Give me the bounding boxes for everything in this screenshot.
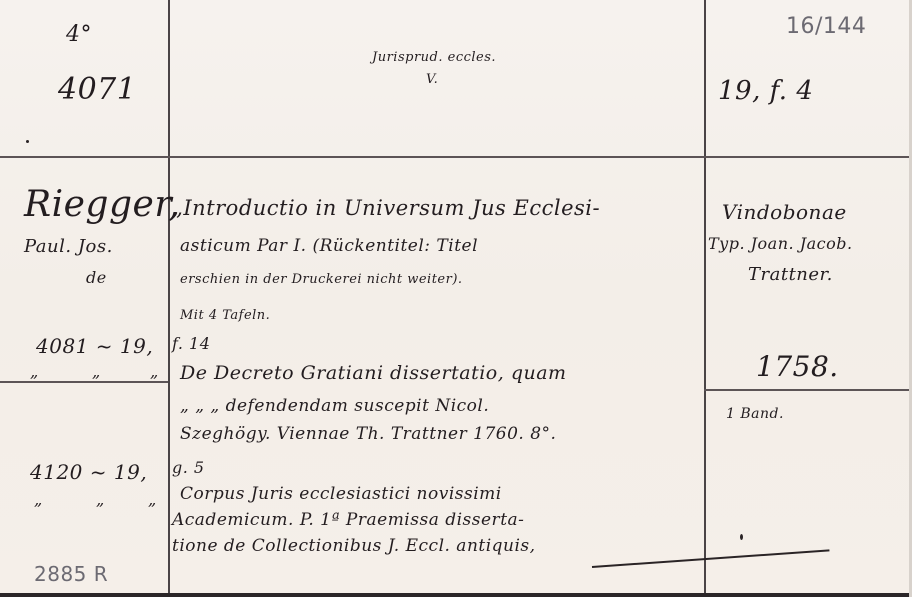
entry1-title-line1: „Introductio in Universum Jus Ecclesi- — [172, 196, 600, 220]
pencil-accession-number: 2885 R — [34, 562, 108, 586]
entry3-ditto-3: „ — [148, 490, 157, 509]
entry3-title-line2: Academicum. P. 1ª Praemissa disserta- — [172, 510, 524, 530]
call-number: 4071 — [58, 72, 136, 107]
ink-dot — [26, 140, 29, 143]
author-surname: Riegger, — [24, 184, 180, 225]
pencil-reference: 16/144 — [786, 14, 866, 39]
entry1-imprint-printer: Typ. Joan. Jacob. — [708, 234, 853, 253]
entry2-title-line3: Szeghögy. Viennae Th. Trattner 1760. 8°. — [180, 424, 556, 444]
entry3-title-line1: Corpus Juris ecclesiastici novissimi — [180, 484, 502, 504]
author-particle: de — [86, 268, 107, 287]
entry1-title-line3: erschien in der Druckerei nicht weiter). — [180, 272, 463, 287]
entry3-number: 4120 ~ 19, — [30, 460, 147, 484]
entry2-ditto-2: „ — [92, 362, 101, 381]
entry1-year: 1758. — [756, 350, 839, 383]
header-rule — [0, 156, 912, 158]
right-column-rule — [704, 389, 912, 391]
catalog-card: 4° 4071 Jurisprud. eccles. V. 16/144 19,… — [0, 0, 912, 597]
column-divider-right — [704, 0, 706, 597]
ink-mark — [740, 534, 743, 540]
column-divider-left — [168, 0, 170, 597]
format-label: 4° — [66, 22, 92, 47]
author-forenames: Paul. Jos. — [24, 236, 113, 257]
shelf-mark: 19, f. 4 — [718, 76, 813, 106]
entry2-ditto-3: „ — [150, 362, 159, 381]
entry2-shelf: f. 14 — [172, 334, 210, 353]
entry1-title-line2: asticum Par I. (Rückentitel: Titel — [180, 236, 478, 256]
subject-heading: Jurisprud. eccles. — [372, 50, 496, 65]
entry2-title-line1: De Decreto Gratiani dissertatio, quam — [180, 362, 567, 384]
left-column-rule — [0, 381, 168, 383]
entry3-ditto-1: „ — [34, 490, 43, 509]
entry3-title-line3: tione de Collectionibus J. Eccl. antiqui… — [172, 536, 536, 556]
entry2-ditto-1: „ — [30, 362, 39, 381]
subject-subheading: V. — [426, 72, 438, 87]
entry3-ditto-2: „ — [96, 490, 105, 509]
entry1-title-line4: Mit 4 Tafeln. — [180, 308, 270, 323]
entry2-title-line2: „ „ „ defendendam suscepit Nicol. — [180, 396, 489, 416]
entry2-number: 4081 ~ 19, — [36, 334, 153, 358]
entry3-shelf: g. 5 — [172, 458, 205, 477]
closing-flourish — [592, 549, 830, 568]
entry1-imprint-printer-surname: Trattner. — [748, 264, 833, 285]
entry2-binding-note: 1 Band. — [726, 406, 784, 422]
card-bottom-edge — [0, 593, 912, 597]
entry1-imprint-place: Vindobonae — [722, 200, 847, 224]
